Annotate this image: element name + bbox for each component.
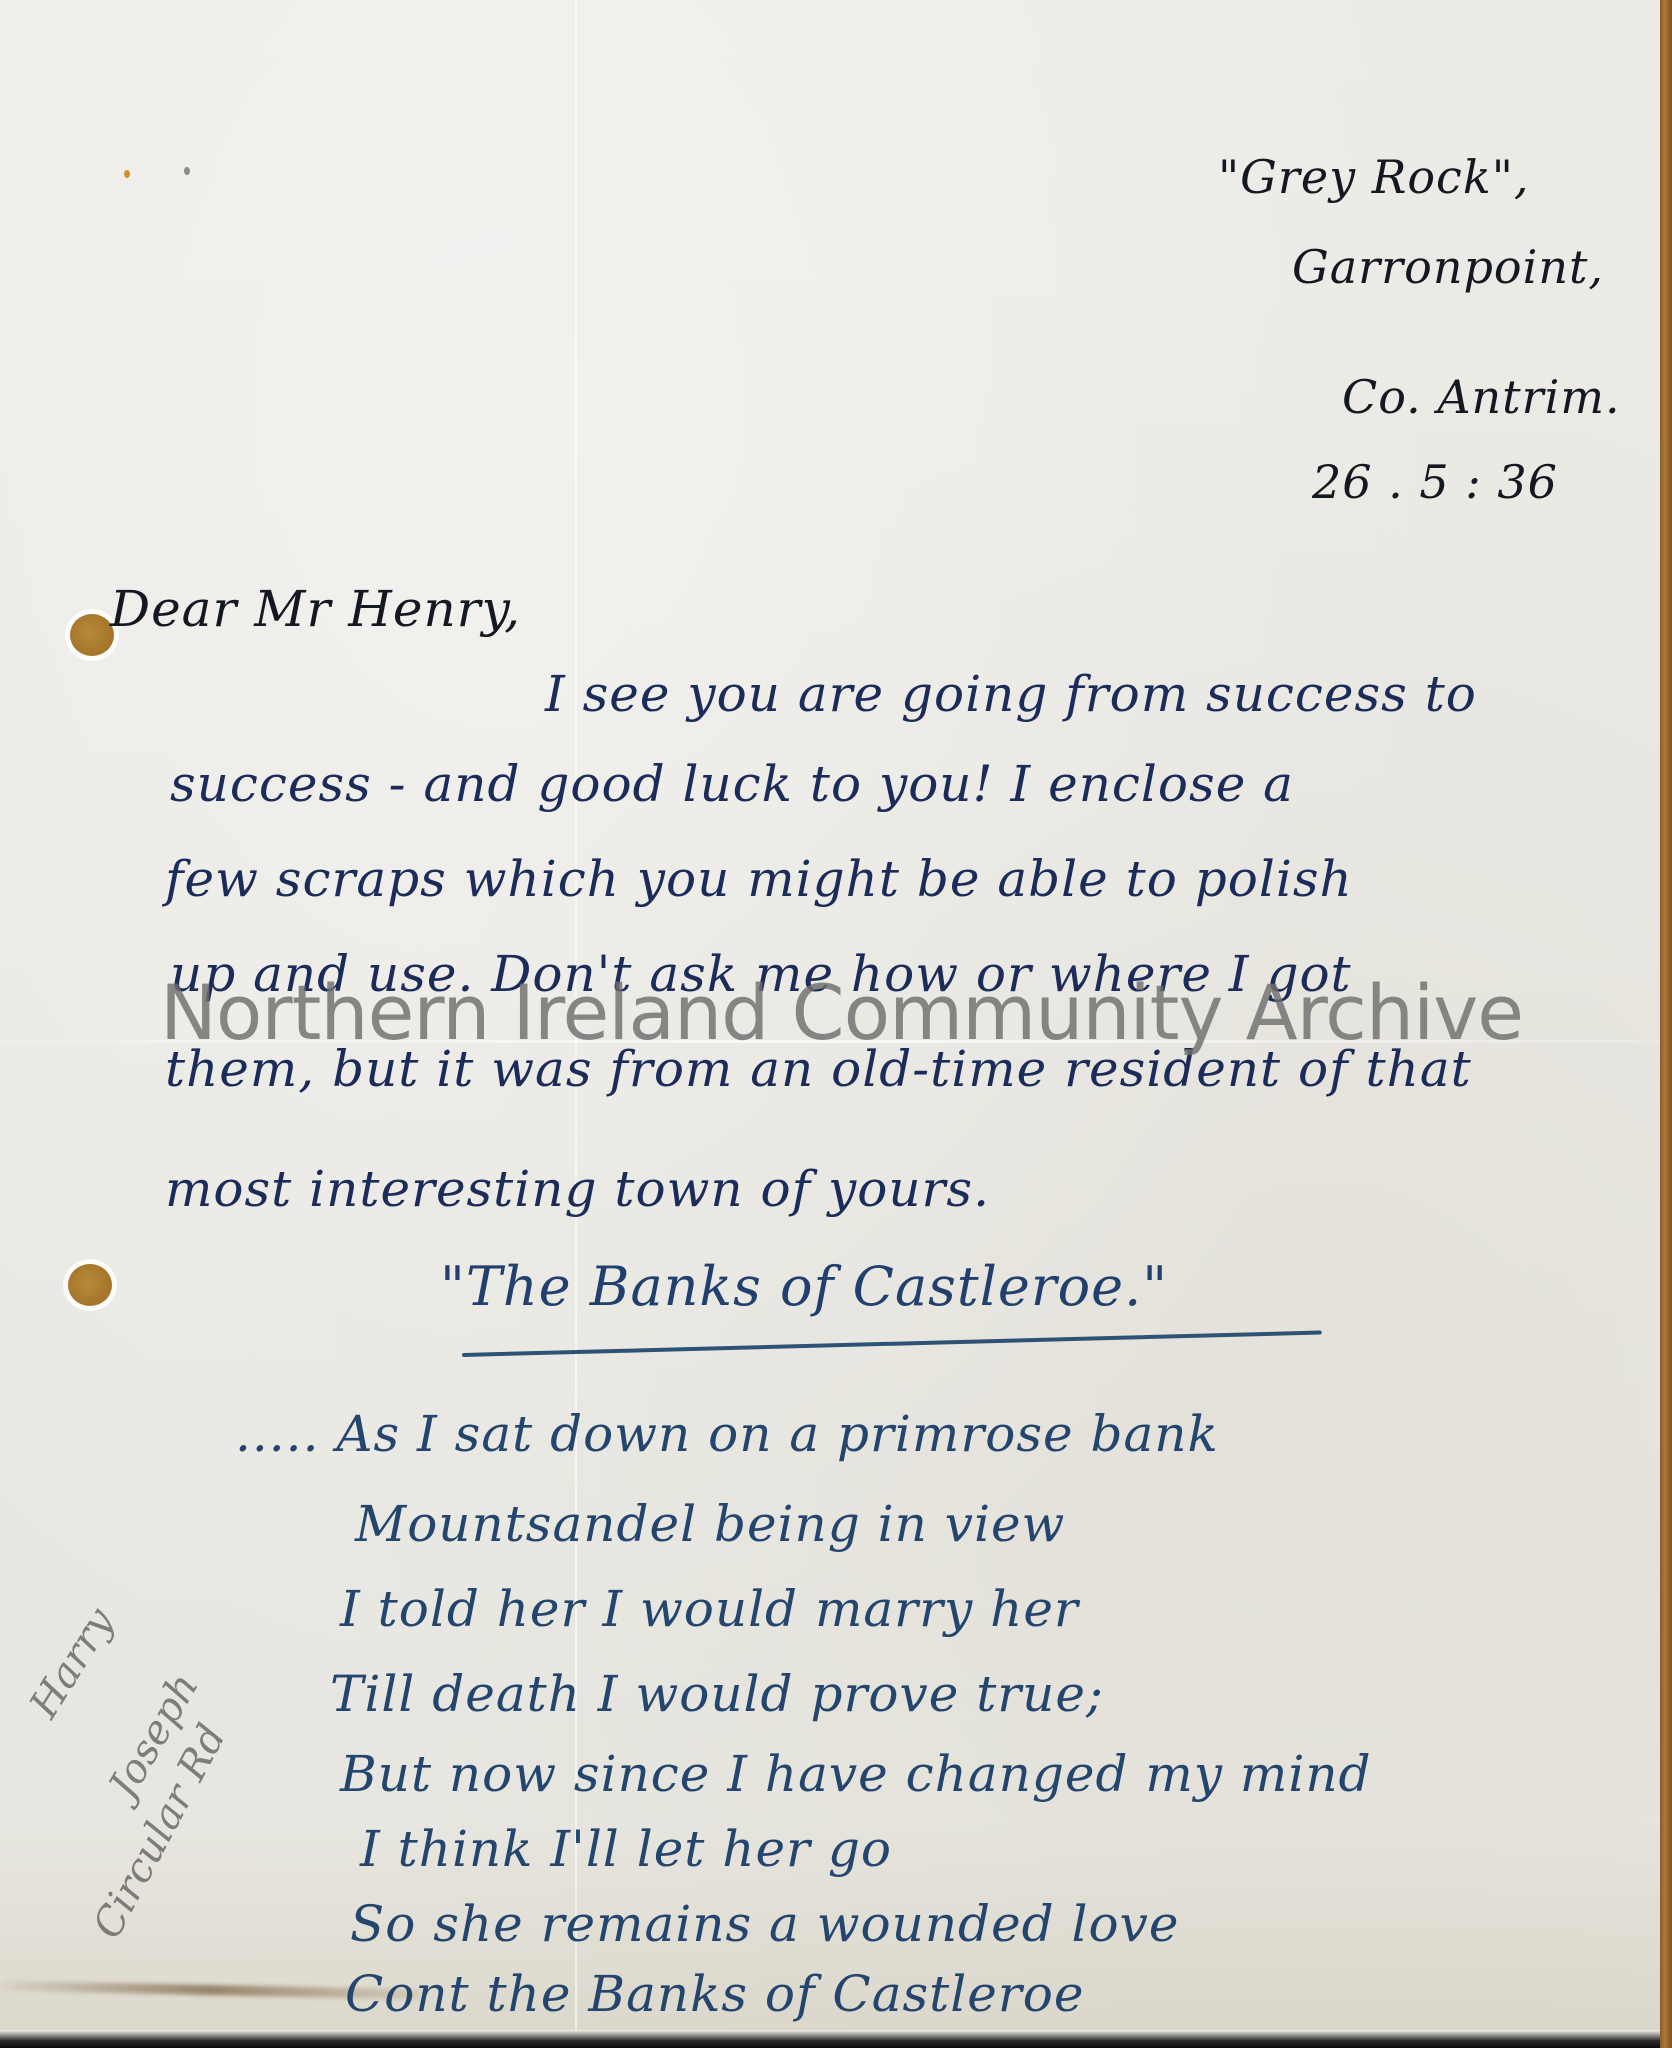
body-line: success - and good luck to you! I enclos… xyxy=(170,755,1294,813)
address-house: "Grey Rock", xyxy=(1218,150,1529,204)
archive-watermark: Northern Ireland Community Archive xyxy=(160,968,1523,1057)
address-place: Garronpoint, xyxy=(1292,240,1604,294)
verse-line: I told her I would marry her xyxy=(340,1580,1079,1638)
verse-line: Cont the Banks of Castleroe xyxy=(345,1965,1084,2023)
body-line: most interesting town of yours. xyxy=(165,1160,990,1218)
verse-line: ..... As I sat down on a primrose bank xyxy=(235,1405,1219,1463)
body-line: few scraps which you might be able to po… xyxy=(165,850,1353,908)
punch-hole-top xyxy=(70,614,114,656)
title-underline xyxy=(462,1330,1322,1357)
song-title: "The Banks of Castleroe." xyxy=(440,1255,1168,1318)
verse-line: Mountsandel being in view xyxy=(355,1495,1065,1553)
punch-hole-bottom xyxy=(68,1264,112,1306)
body-line: I see you are going from success to xyxy=(545,665,1477,723)
ink-speck xyxy=(184,167,190,175)
salutation: Dear Mr Henry, xyxy=(110,580,521,638)
verse-line: I think I'll let her go xyxy=(360,1820,892,1878)
address-county: Co. Antrim. xyxy=(1342,370,1621,424)
verse-line: So she remains a wounded love xyxy=(350,1895,1180,1953)
ink-speck xyxy=(124,170,130,178)
letter-date: 26 . 5 : 36 xyxy=(1312,455,1558,509)
mounting-board-edge xyxy=(1660,0,1672,2048)
letter-sheet: "Grey Rock", Garronpoint, Co. Antrim. 26… xyxy=(0,0,1660,2030)
pencil-line: Harry xyxy=(21,1600,123,1726)
verse-line: But now since I have changed my mind xyxy=(340,1745,1372,1803)
scan-bottom-edge xyxy=(0,2030,1660,2048)
verse-line: Till death I would prove true; xyxy=(330,1665,1104,1723)
